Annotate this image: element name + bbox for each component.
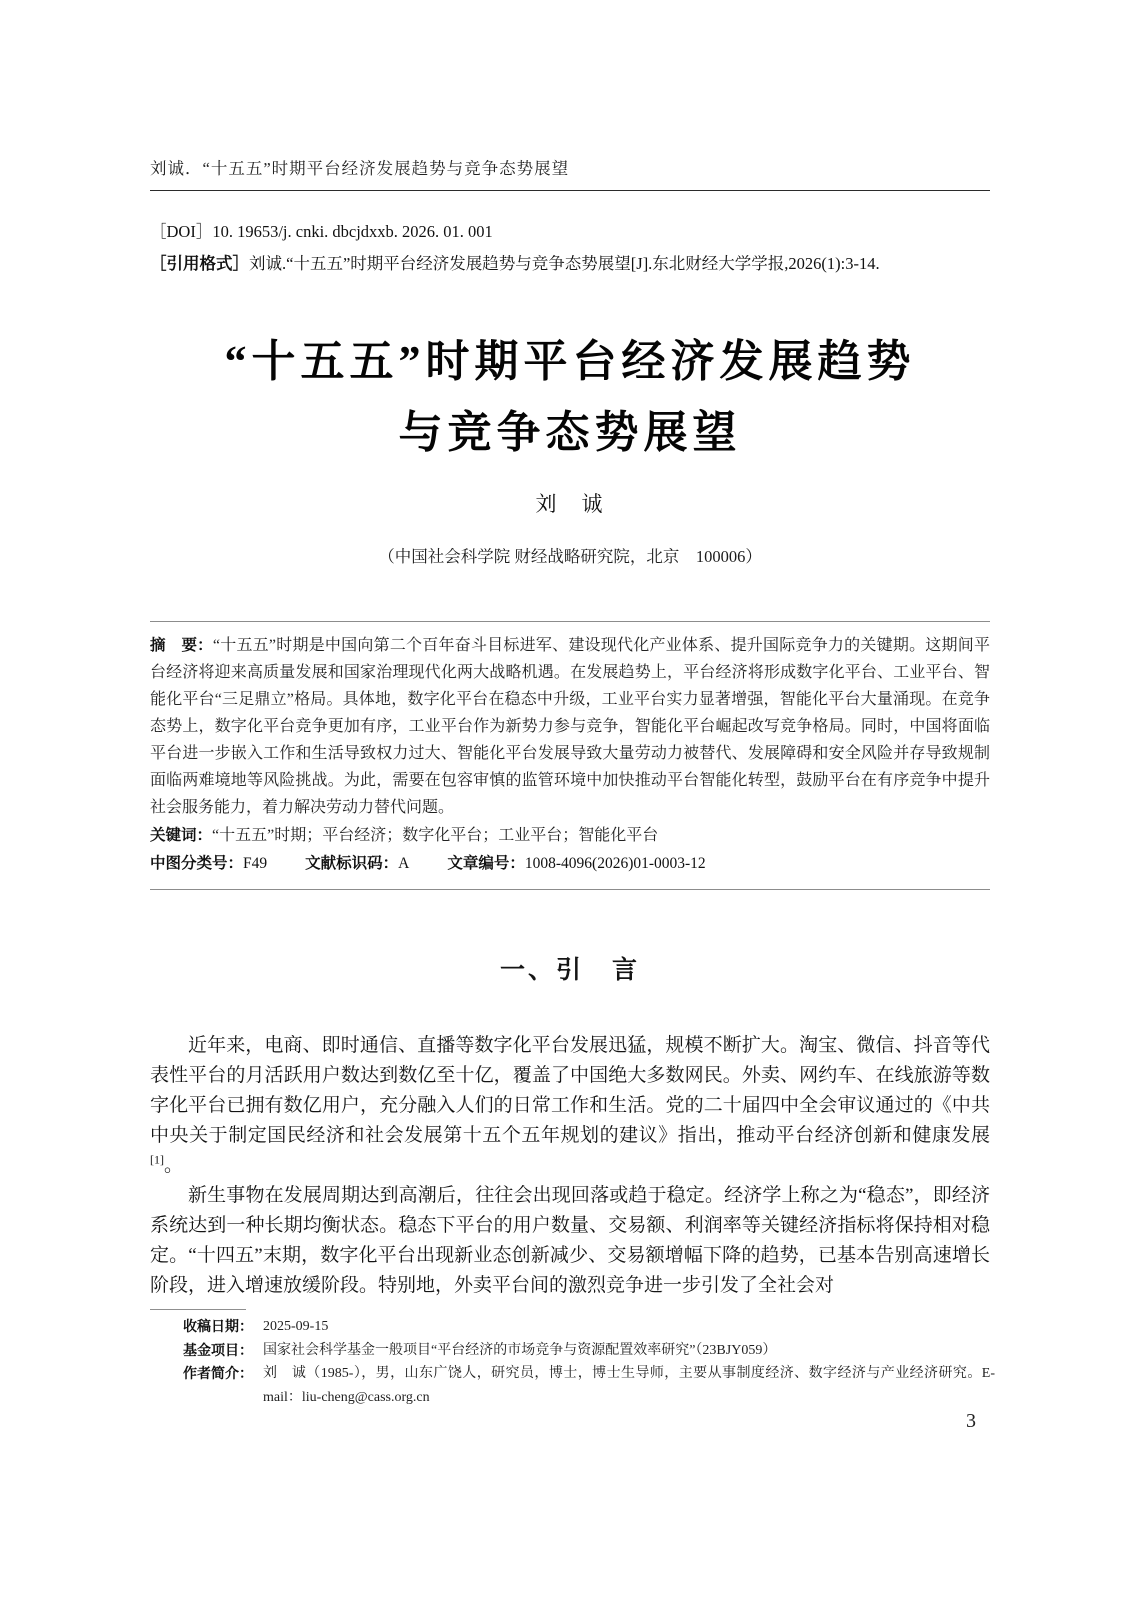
author-affiliation: （中国社会科学院 财经战略研究院，北京 100006） (150, 543, 990, 567)
reference-superscript-1: [1] (150, 1153, 164, 1167)
footnote-fund-text: 国家社会科学基金一般项目“平台经济的市场竞争与资源配置效率研究”（23BJY05… (263, 1343, 776, 1358)
body-paragraph-1: 近年来，电商、即时通信、直播等数字化平台发展迅猛，规模不断扩大。淘宝、微信、抖音… (150, 1031, 990, 1181)
citation-line: ［引用格式］刘诚.“十五五”时期平台经济发展趋势与竞争态势展望[J].东北财经大… (150, 252, 990, 276)
author-name: 刘 诚 (150, 488, 990, 518)
footnote-received-date: 收稿日期： 2025-09-15 (183, 1315, 995, 1339)
clc-value: F49 (243, 855, 267, 872)
abstract-label: 摘 要： (150, 637, 213, 654)
journal-page: 刘诚．“十五五”时期平台经济发展趋势与竞争态势展望 ［DOI］10. 19653… (0, 0, 1140, 1600)
page-number: 3 (966, 1410, 976, 1433)
footnote-fund-project: 基金项目： 国家社会科学基金一般项目“平台经济的市场竞争与资源配置效率研究”（2… (183, 1339, 995, 1363)
abstract-text: “十五五”时期是中国向第二个百年奋斗目标进军、建设现代化产业体系、提升国际竞争力… (150, 637, 990, 816)
running-head: 刘诚．“十五五”时期平台经济发展趋势与竞争态势展望 (150, 158, 990, 191)
paragraph-1-end: 。 (164, 1155, 183, 1176)
footnote-received-label: 收稿日期： (183, 1315, 253, 1339)
article-id-value: 1008-4096(2026)01-0003-12 (525, 855, 706, 872)
paper-title: “十五五”时期平台经济发展趋势 与竞争态势展望 (150, 326, 990, 468)
footnote-author-bio: 作者简介： 刘 诚（1985-），男，山东广饶人，研究员，博士，博士生导师，主要… (183, 1362, 995, 1409)
footnote-author-label: 作者简介： (183, 1362, 253, 1386)
footnote-author-text: 刘 诚（1985-），男，山东广饶人，研究员，博士，博士生导师，主要从事制度经济… (263, 1366, 995, 1405)
paper-title-line2: 与竞争态势展望 (150, 397, 990, 468)
classification-line: 中图分类号：F49文献标识码：A文章编号：1008-4096(2026)01-0… (150, 850, 990, 877)
abstract-block: 摘 要：“十五五”时期是中国向第二个百年奋斗目标进军、建设现代化产业体系、提升国… (150, 621, 990, 890)
citation-text: 刘诚.“十五五”时期平台经济发展趋势与竞争态势展望[J].东北财经大学学报,20… (249, 254, 880, 273)
doi-text: ［DOI］10. 19653/j. cnki. dbcjdxxb. 2026. … (150, 222, 493, 241)
doc-code-label: 文献标识码： (305, 855, 398, 872)
body-text: 近年来，电商、即时通信、直播等数字化平台发展迅猛，规模不断扩大。淘宝、微信、抖音… (150, 1031, 990, 1301)
article-id-label: 文章编号： (447, 855, 525, 872)
keywords-text: “十五五”时期；平台经济；数字化平台；工业平台；智能化平台 (212, 827, 658, 844)
paper-title-line1: “十五五”时期平台经济发展趋势 (150, 326, 990, 397)
section-heading-introduction: 一、引 言 (150, 950, 990, 990)
clc-label: 中图分类号： (150, 855, 243, 872)
paragraph-1-text: 近年来，电商、即时通信、直播等数字化平台发展迅猛，规模不断扩大。淘宝、微信、抖音… (150, 1035, 990, 1146)
keywords-label: 关键词： (150, 827, 212, 844)
doi-line: ［DOI］10. 19653/j. cnki. dbcjdxxb. 2026. … (150, 220, 990, 244)
citation-label: ［引用格式］ (150, 255, 249, 273)
footnotes-block: 收稿日期： 2025-09-15 基金项目： 国家社会科学基金一般项目“平台经济… (183, 1315, 995, 1409)
footnote-fund-label: 基金项目： (183, 1339, 253, 1363)
keywords-line: 关键词：“十五五”时期；平台经济；数字化平台；工业平台；智能化平台 (150, 822, 990, 849)
footnote-received-text: 2025-09-15 (263, 1319, 328, 1334)
running-head-text: 刘诚．“十五五”时期平台经济发展趋势与竞争态势展望 (150, 159, 569, 178)
doc-code-value: A (398, 855, 409, 872)
footnote-divider (150, 1309, 246, 1310)
abstract-paragraph: 摘 要：“十五五”时期是中国向第二个百年奋斗目标进军、建设现代化产业体系、提升国… (150, 632, 990, 821)
body-paragraph-2: 新生事物在发展周期达到高潮后，往往会出现回落或趋于稳定。经济学上称之为“稳态”，… (150, 1181, 990, 1301)
